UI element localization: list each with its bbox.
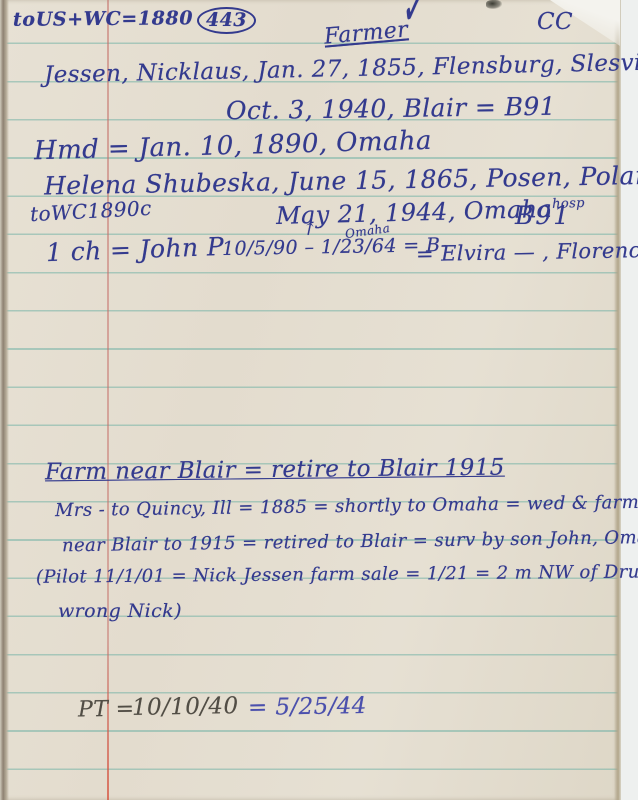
page-right-edge — [614, 0, 621, 800]
spouse-ref-code: B91 — [515, 201, 571, 230]
scanned-notebook-page: toUS+WC=1880 443 Farmer ✓ CC Jessen, Nic… — [0, 0, 638, 800]
child-spouses: = Elvira — , Florence — [416, 238, 638, 266]
ink-smudge — [486, 0, 502, 9]
red-margin-line — [107, 0, 109, 800]
page-number-circled: 443 — [197, 7, 256, 34]
torn-left-edge — [0, 0, 9, 800]
child-label: 1 ch = John P — [46, 232, 225, 267]
pt-date-pencil: 10/10/40 — [132, 693, 239, 721]
pt-label: PT = — [78, 697, 135, 723]
immigration-note: toUS+WC=1880 — [13, 7, 193, 31]
child-dates: 10/5/90 – 1/23/64 = B- — [222, 234, 448, 260]
subject-death-line: Oct. 3, 1940, Blair = B91 — [226, 92, 556, 126]
farm-note-line: Farm near Blair = retire to Blair 1915 — [45, 455, 505, 486]
pilot-note-line-2: wrong Nick) — [58, 600, 182, 622]
pt-date-ink: = 5/25/44 — [248, 693, 367, 721]
initials-cc: CC — [537, 9, 573, 35]
checkmark-icon: ✓ — [398, 0, 427, 39]
